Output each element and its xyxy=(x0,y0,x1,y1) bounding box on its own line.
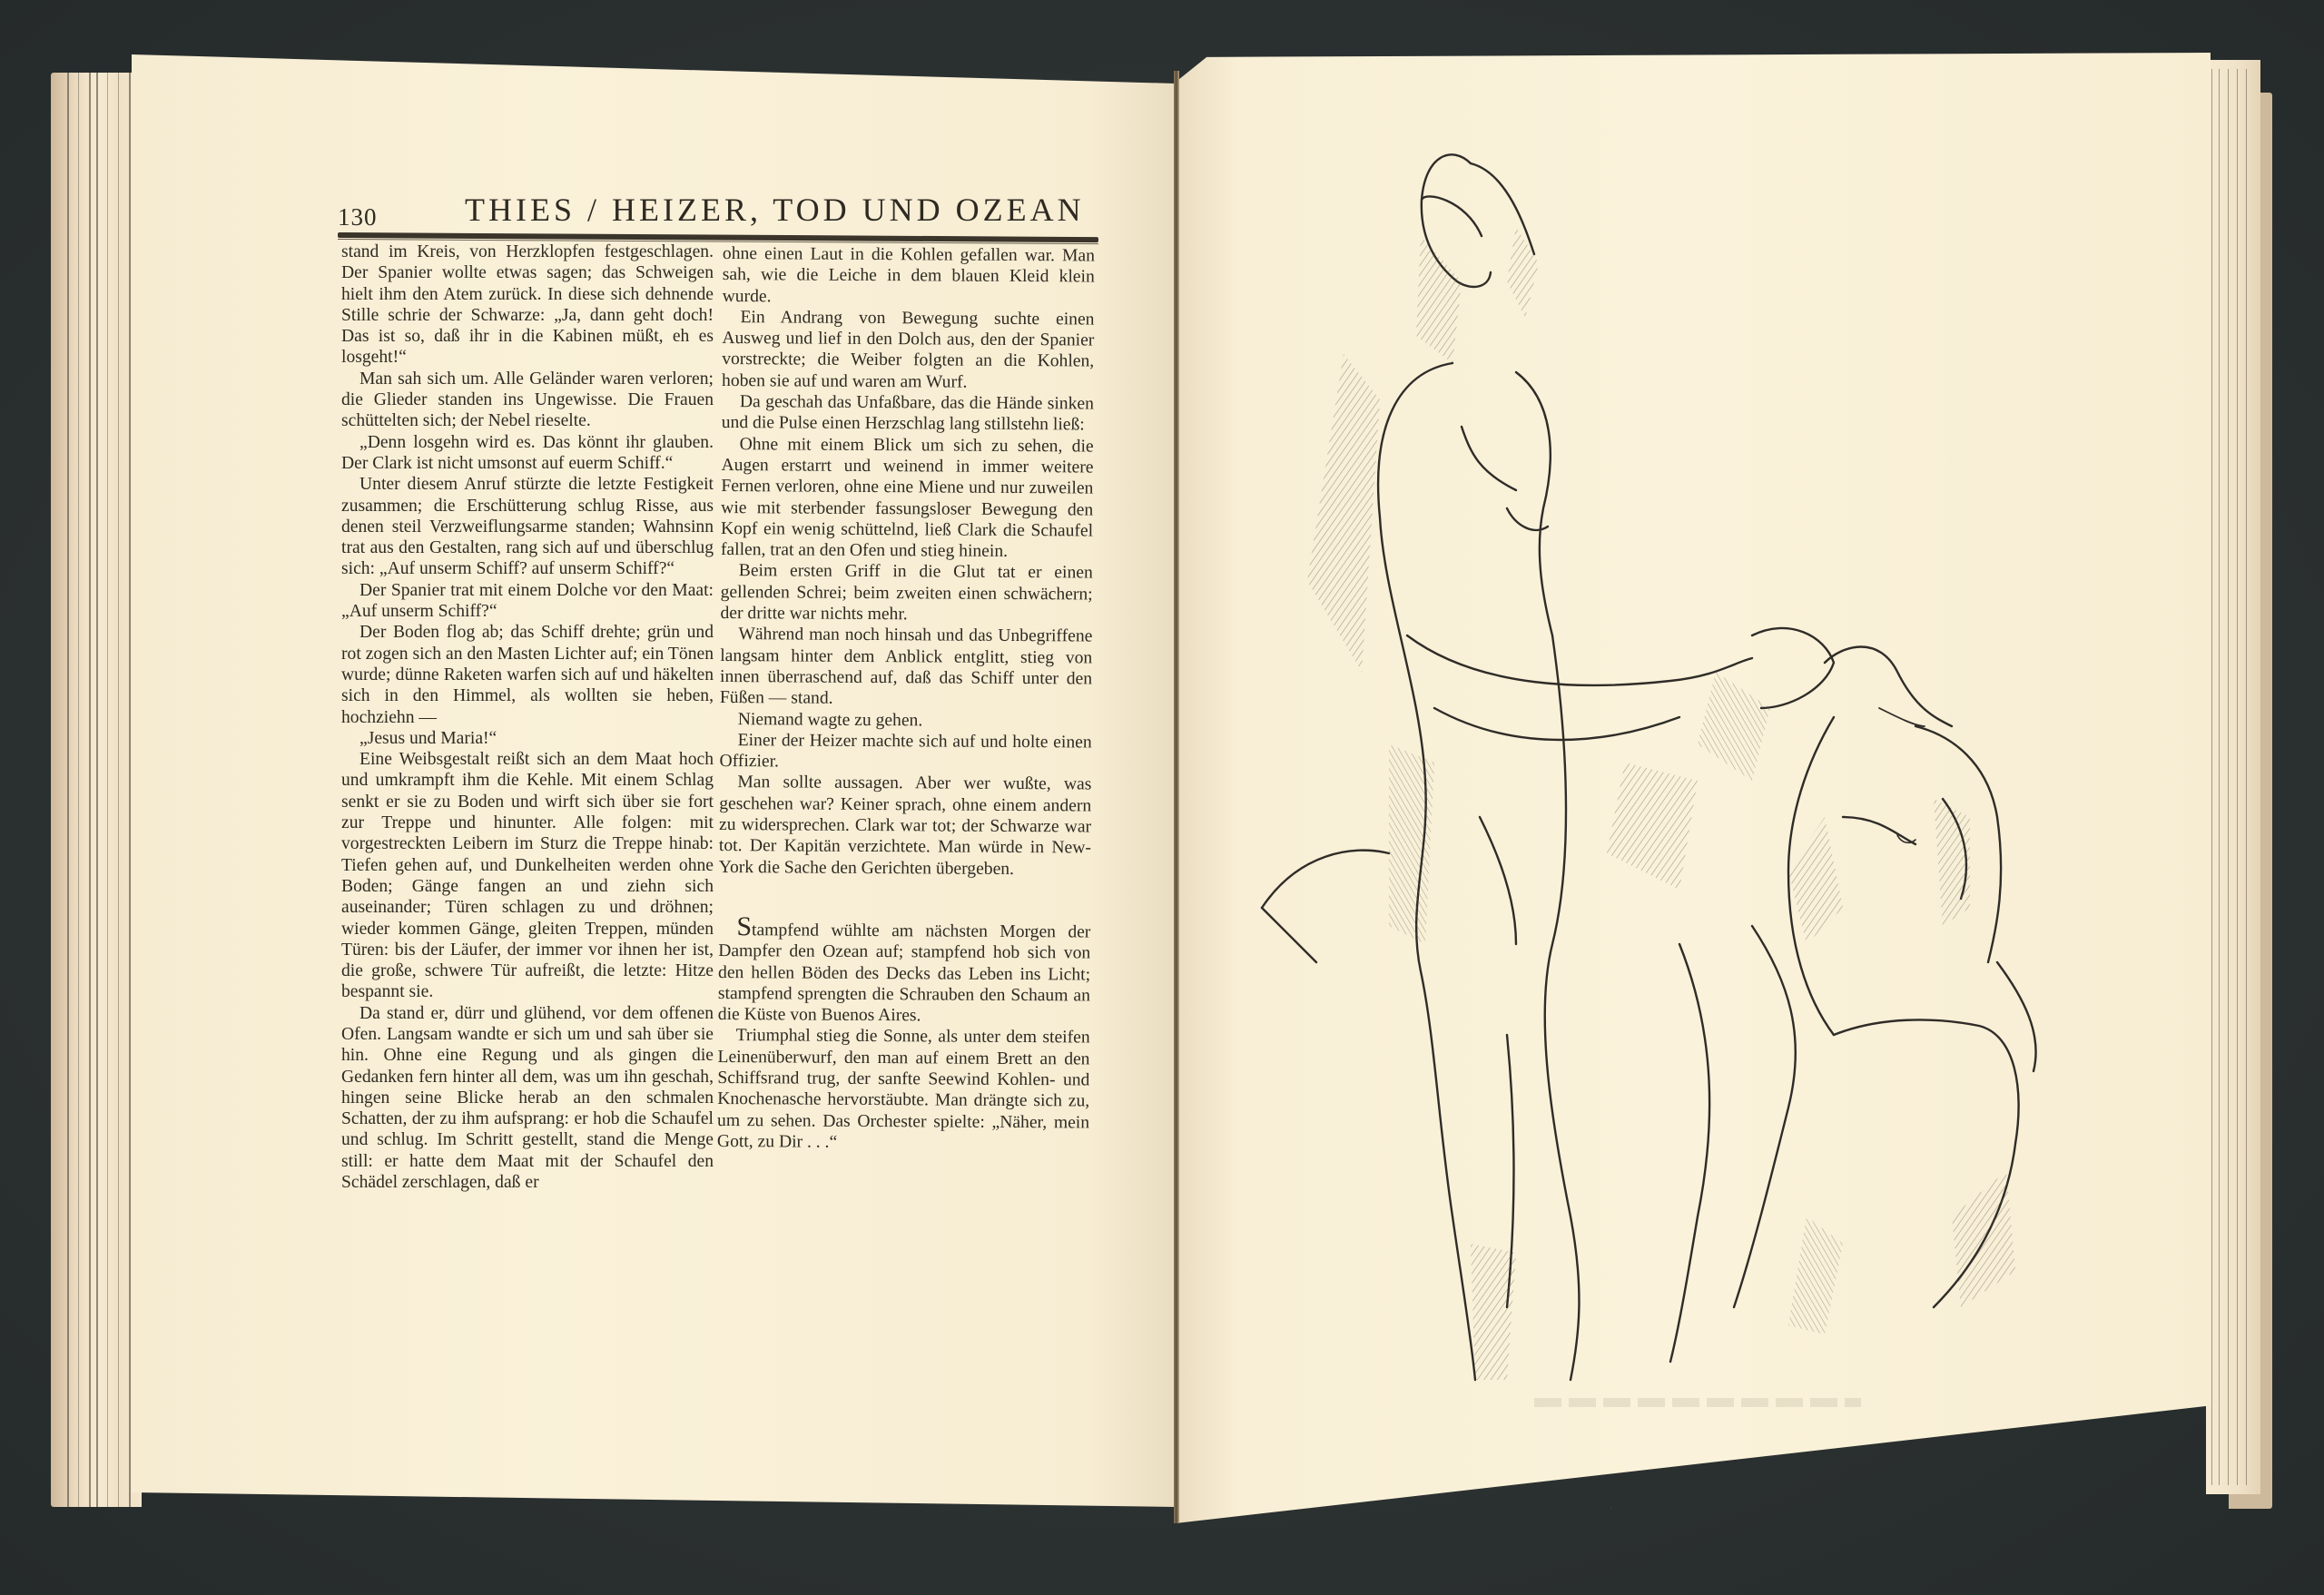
book-gutter xyxy=(1174,71,1179,1523)
paragraph: „Jesus und Maria!“ xyxy=(341,728,714,749)
page-number: 130 xyxy=(338,203,378,231)
paragraph: Eine Weibsgestalt reißt sich an dem Maat… xyxy=(341,749,714,1003)
paragraph: Unter diesem Anruf stürzte die letzte Fe… xyxy=(341,474,714,579)
paragraph: Während man noch hinsah und das Unbegrif… xyxy=(720,624,1093,711)
paragraph: Der Spanier trat mit einem Dolche vor de… xyxy=(341,580,714,623)
figure-drawing-icon xyxy=(1244,127,2061,1416)
paragraph: Ein Andrang von Bewegung suchte einen Au… xyxy=(722,307,1095,394)
text-column-left: stand im Kreis, von Herzklopfen festgesc… xyxy=(341,241,714,1193)
paragraph: Niemand wagte zu gehen. xyxy=(720,709,1092,733)
right-page-stack xyxy=(2206,60,2260,1494)
paragraph: Triumphal stieg die Sonne, als unter dem… xyxy=(717,1025,1090,1154)
section-opening-paragraph: Stampfend wühlte am nächsten Morgen der … xyxy=(718,918,1091,1028)
running-head: 130 THIES / HEIZER, TOD UND OZEAN xyxy=(338,191,1100,236)
paragraph: Man sollte aussagen. Aber wer wußte, was… xyxy=(719,772,1092,880)
paragraph: Ohne mit einem Blick um sich zu sehen, d… xyxy=(721,434,1094,563)
paragraph: „Denn losgehn wird es. Das könnt ihr gla… xyxy=(341,432,714,475)
paragraph: Da geschah das Unfaßbare, das die Hände … xyxy=(722,391,1094,436)
paragraph: Beim ersten Griff in die Glut tat er ein… xyxy=(720,560,1092,625)
paragraph: Einer der Heizer machte sich auf und hol… xyxy=(719,730,1091,774)
paragraph: Der Boden flog ab; das Schiff drehte; gr… xyxy=(341,622,714,727)
paragraph: Man sah sich um. Alle Geländer waren ver… xyxy=(341,369,714,432)
left-page-stack xyxy=(51,73,142,1507)
paragraph: Da stand er, dürr und glühend, vor dem o… xyxy=(341,1003,714,1194)
paragraph: ohne einen Laut in die Kohlen gefallen w… xyxy=(723,243,1095,309)
running-title: THIES / HEIZER, TOD UND OZEAN xyxy=(465,191,1085,229)
paragraph: stand im Kreis, von Herzklopfen festgesc… xyxy=(341,241,714,369)
paper-speck xyxy=(1610,1507,1612,1510)
lithograph-illustration xyxy=(1244,127,2061,1416)
faint-caption-impression xyxy=(1534,1398,1861,1407)
text-column-right: ohne einen Laut in die Kohlen gefallen w… xyxy=(717,243,1095,1155)
dropcap: S xyxy=(736,911,752,941)
